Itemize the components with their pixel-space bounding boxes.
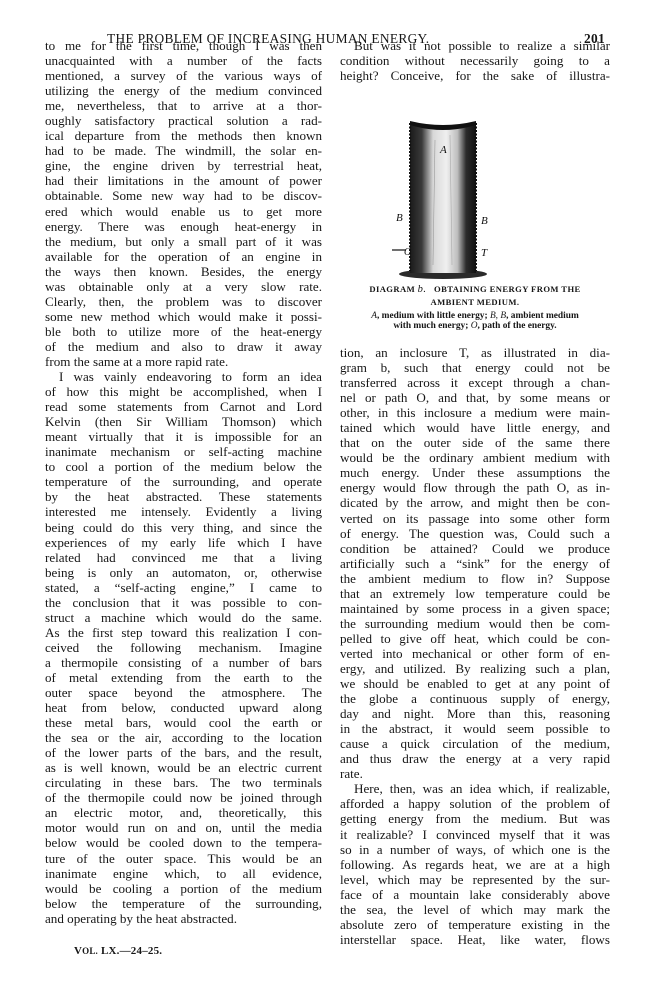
- text-line: being is only an automaton, or, otherwis…: [45, 565, 322, 580]
- text-line: so in a number of ways, of which one is …: [340, 842, 610, 857]
- text-line: some new method which would make it poss…: [45, 309, 322, 324]
- text-line: energy. There was enough heat-energy in: [45, 219, 322, 234]
- text-line: available for the operation of an engine…: [45, 249, 322, 264]
- text-line: related had convinced me that a living: [45, 550, 322, 565]
- folio-v: V: [74, 945, 82, 957]
- right-column-top: But was it not possible to realize a sim…: [340, 38, 610, 83]
- text-line: the sea, the level of which may mark the: [340, 902, 610, 917]
- text-line: inanimate mechanism or self-acting machi…: [45, 444, 322, 459]
- text-line: mentioned, a survey of the various ways …: [45, 68, 322, 83]
- text-line: nel or path O, and that, by some means o…: [340, 390, 610, 405]
- text-line: gine, the engine driven by terrestrial h…: [45, 158, 322, 173]
- text-line: temperature of the surrounding, and oper…: [45, 474, 322, 489]
- text-line: ergy, and utilized. By realizing such a …: [340, 661, 610, 676]
- text-line: the ambient medium to flow in? Suppose: [340, 571, 610, 586]
- folio-rest: LX.—24–25.: [98, 945, 162, 957]
- text-line: of metal extending from the earth to the: [45, 670, 322, 685]
- text-line: of the medium and also to draw it away: [45, 339, 322, 354]
- text-line: ture of the outer space. This would be a…: [45, 851, 322, 866]
- text-line: pelled to give off heat, which could be …: [340, 631, 610, 646]
- text-line: dicated by the arrow, and might then be …: [340, 495, 610, 510]
- label-B-left: B: [396, 212, 403, 224]
- text-line: heat from below, conducted upward along: [45, 700, 322, 715]
- text-line: of the lower parts of the bars, and the …: [45, 745, 322, 760]
- label-B-right: B: [481, 215, 488, 227]
- left-column: to me for the first time, though I was t…: [45, 38, 322, 926]
- legend-line2: with much energy;: [393, 321, 470, 331]
- text-line: the globe a continuous supply of energy,: [340, 691, 610, 706]
- text-line: as is well known, would be an electric c…: [45, 760, 322, 775]
- text-line: to me for the first time, though I was t…: [45, 38, 322, 53]
- text-line: face of a mountain lake considerably abo…: [340, 887, 610, 902]
- text-line: ble both to utilize more of the heat-ene…: [45, 324, 322, 339]
- legend-B-text: , ambient medium: [506, 311, 579, 321]
- text-line: in the abstract, it would seem possible …: [340, 721, 610, 736]
- text-line: transferred across it except through a c…: [340, 375, 610, 390]
- text-line: the conclusion that it was possible to c…: [45, 595, 322, 610]
- text-line: I was vainly endeavoring to form an idea: [45, 369, 322, 384]
- text-line: ical departure from the methods then kno…: [45, 128, 322, 143]
- text-line: much energy. Under these assumptions the: [340, 465, 610, 480]
- text-line: was obtainable only at a very slow rate.: [45, 279, 322, 294]
- folio-ol: OL.: [82, 946, 98, 956]
- legend-A-text: , medium with little energy;: [377, 311, 490, 321]
- text-line: below the temperature of the surrounding…: [45, 896, 322, 911]
- text-line: absolute zero of temperature existing in…: [340, 917, 610, 932]
- text-line: had their limitations in the amount of p…: [45, 173, 322, 188]
- text-line: and thus draw the energy at a very rapid: [340, 751, 610, 766]
- text-line: height? Conceive, for the sake of illust…: [340, 68, 610, 83]
- volume-folio: VOL. LX.—24–25.: [74, 945, 162, 957]
- text-line: verted into mechanical or other form of …: [340, 646, 610, 661]
- text-line: had to be made. The windmill, the solar …: [45, 143, 322, 158]
- text-line: Clearly, then, the problem was to discov…: [45, 294, 322, 309]
- label-A: A: [439, 144, 447, 156]
- text-line: But was it not possible to realize a sim…: [340, 38, 610, 53]
- text-line: to cool a portion of the medium below th…: [45, 459, 322, 474]
- text-line: of how this might be accomplished, when …: [45, 384, 322, 399]
- caption-line2: AMBIENT MEDIUM.: [431, 297, 520, 307]
- text-line: we should be enabled to get at any point…: [340, 676, 610, 691]
- text-line: a thermopile consisting of a number of b…: [45, 655, 322, 670]
- text-line: interstellar space. Heat, like water, fl…: [340, 932, 610, 947]
- text-line: the ways then known. Besides, the energy: [45, 264, 322, 279]
- text-line: ered which would enable us to get more: [45, 204, 322, 219]
- label-T: T: [481, 247, 488, 259]
- text-line: stated, a “self-acting engine,” I came t…: [45, 580, 322, 595]
- text-line: obtainable. Some new way had to be disco…: [45, 188, 322, 203]
- text-line: an electric motor, and, theoretically, t…: [45, 805, 322, 820]
- legend-B: B, B: [490, 311, 506, 321]
- text-line: utilizing the energy of the medium convi…: [45, 83, 322, 98]
- text-line: inanimate engine which, to all evidence,: [45, 866, 322, 881]
- text-line: tained which would have little energy, a…: [340, 420, 610, 435]
- text-line: other, in this inclosure a medium were m…: [340, 405, 610, 420]
- text-line: experiences of my early life which I hav…: [45, 535, 322, 550]
- text-line: getting energy from the medium. But was: [340, 811, 610, 826]
- text-line: ceived the following mechanism. Imagine: [45, 640, 322, 655]
- text-line: circulating in these bars. The two termi…: [45, 775, 322, 790]
- text-line: level, which may be represented by the s…: [340, 872, 610, 887]
- text-line: verted on its passage into some other fo…: [340, 511, 610, 526]
- text-line: the sea or the air, according to the loc…: [45, 730, 322, 745]
- text-line: energy would flow through the path O, as…: [340, 480, 610, 495]
- text-line: of the thermopile could now be joined th…: [45, 790, 322, 805]
- text-line: and operating by the heat abstracted.: [45, 911, 322, 926]
- figure-legend: A, medium with little energy; B, B, ambi…: [330, 311, 620, 331]
- caption-rest: OBTAINING ENERGY FROM THE: [434, 284, 581, 294]
- text-line: Kelvin (then Sir William Thomson) which: [45, 414, 322, 429]
- text-line: from the same at a more rapid rate.: [45, 354, 322, 369]
- text-line: me, nevertheless, that to arrive at a th…: [45, 98, 322, 113]
- text-line: that an extremely low temperature could …: [340, 586, 610, 601]
- text-line: it realizable? I convinced myself that i…: [340, 827, 610, 842]
- caption-letter: b.: [418, 284, 427, 295]
- text-line: by the heat abstracted. These statements: [45, 489, 322, 504]
- text-line: gram b, such that energy could not be: [340, 360, 610, 375]
- text-line: struct a machine which would do the same…: [45, 610, 322, 625]
- text-line: artificially such a “sink” for the energ…: [340, 556, 610, 571]
- enclosure-tube-illustration: A B B O T: [340, 115, 610, 280]
- text-line: condition without necessarily going to a: [340, 53, 610, 68]
- text-line: read some statements from Carnot and Lor…: [45, 399, 322, 414]
- text-line: unacquainted with a number of the facts: [45, 53, 322, 68]
- text-line: outer space beyond the atmosphere. The: [45, 685, 322, 700]
- text-line: tion, an inclosure T, as illustrated in …: [340, 345, 610, 360]
- text-line: interested me intensely. Evidently a liv…: [45, 504, 322, 519]
- right-column-bottom: tion, an inclosure T, as illustrated in …: [340, 345, 610, 947]
- text-line: Here, then, was an idea which, if realiz…: [340, 781, 610, 796]
- text-line: As the first step toward this realizatio…: [45, 625, 322, 640]
- text-line: rate.: [340, 766, 610, 781]
- text-line: below would be cooled down to the temper…: [45, 835, 322, 850]
- label-O: O: [404, 247, 411, 258]
- diagram-b-figure: A B B O T: [340, 115, 610, 280]
- text-line: day and night. More than this, reasoning: [340, 706, 610, 721]
- figure-caption-title: DIAGRAM b. OBTAINING ENERGY FROM THE AMB…: [340, 283, 610, 308]
- text-line: the surrounding medium would then be com…: [340, 616, 610, 631]
- text-line: condition be attained? Could we produce: [340, 541, 610, 556]
- text-line: being could do this very thing, and sinc…: [45, 520, 322, 535]
- text-line: that on the outer side of the same there: [340, 435, 610, 450]
- text-line: oughly satisfactory practical solution a…: [45, 113, 322, 128]
- text-line: following. As regards heat, we are at a …: [340, 857, 610, 872]
- text-line: of energy. The question was, Could such …: [340, 526, 610, 541]
- text-line: would be the ordinary ambient medium wit…: [340, 450, 610, 465]
- text-line: the medium, but only a small part of it …: [45, 234, 322, 249]
- caption-prefix: DIAGRAM: [369, 284, 415, 294]
- text-line: these metal bars, would cool the earth o…: [45, 715, 322, 730]
- text-line: cause a quick circulation of the medium,: [340, 736, 610, 751]
- text-line: motor would run on and on, until the med…: [45, 820, 322, 835]
- legend-O-text: , path of the energy.: [477, 321, 556, 331]
- text-line: afforded a happy solution of the problem…: [340, 796, 610, 811]
- text-line: would be cooling a portion of the medium: [45, 881, 322, 896]
- text-line: maintained by some process in a given sp…: [340, 601, 610, 616]
- text-line: meant virtually that it is impossible fo…: [45, 429, 322, 444]
